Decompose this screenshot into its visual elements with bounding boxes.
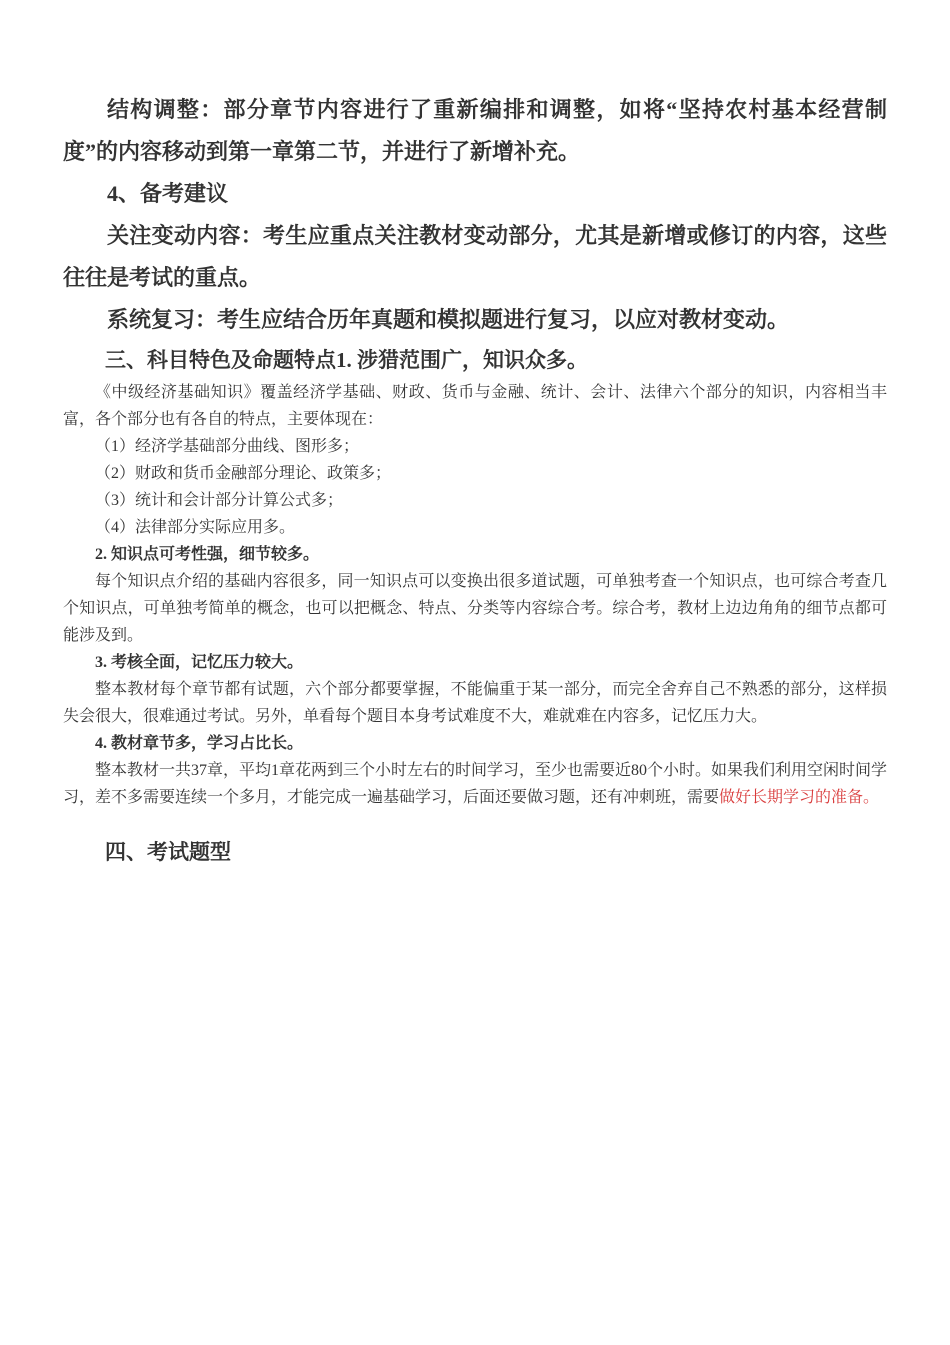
heading-section-four-exam-question-types: 四、考试题型 (63, 833, 887, 871)
document-content: 结构调整：部分章节内容进行了重新编排和调整，如将“坚持农村基本经营制度”的内容移… (0, 0, 950, 871)
heading-point-4-many-chapters: 4. 教材章节多，学习占比长。 (63, 730, 887, 757)
heading-prep-advice: 4、备考建议 (63, 173, 887, 215)
para-subject-coverage: 《中级经济基础知识》覆盖经济学基础、财政、货币与金融、统计、会计、法律六个部分的… (63, 379, 887, 433)
feature-item-4: （4）法律部分实际应用多。 (63, 514, 887, 541)
document-page: 结构调整：部分章节内容进行了重新编排和调整，如将“坚持农村基本经营制度”的内容移… (0, 0, 950, 1345)
para-point-4-red-highlight-text: 做好长期学习的准备。 (719, 789, 879, 806)
heading-point-2-knowledge-detail: 2. 知识点可考性强，细节较多。 (63, 541, 887, 568)
para-point-4-body: 整本教材一共37章，平均1章花两到三个小时左右的时间学习，至少也需要近80个小时… (63, 757, 887, 811)
para-point-3-body: 整本教材每个章节都有试题，六个部分都要掌握，不能偏重于某一部分，而完全舍弃自己不… (63, 676, 887, 730)
heading-section-three-subject-features: 三、科目特色及命题特点1. 涉猎范围广，知识众多。 (63, 341, 887, 379)
feature-item-2: （2）财政和货币金融部分理论、政策多； (63, 460, 887, 487)
para-structure-adjustment: 结构调整：部分章节内容进行了重新编排和调整，如将“坚持农村基本经营制度”的内容移… (63, 89, 887, 173)
feature-item-1: （1）经济学基础部分曲线、图形多； (63, 433, 887, 460)
feature-item-3: （3）统计和会计部分计算公式多； (63, 487, 887, 514)
para-systematic-review: 系统复习：考生应结合历年真题和模拟题进行复习，以应对教材变动。 (63, 299, 887, 341)
para-point-2-body: 每个知识点介绍的基础内容很多，同一知识点可以变换出很多道试题，可单独考查一个知识… (63, 568, 887, 649)
heading-point-3-comprehensive-memory: 3. 考核全面，记忆压力较大。 (63, 649, 887, 676)
para-focus-changes: 关注变动内容：考生应重点关注教材变动部分，尤其是新增或修订的内容，这些往往是考试… (63, 215, 887, 299)
